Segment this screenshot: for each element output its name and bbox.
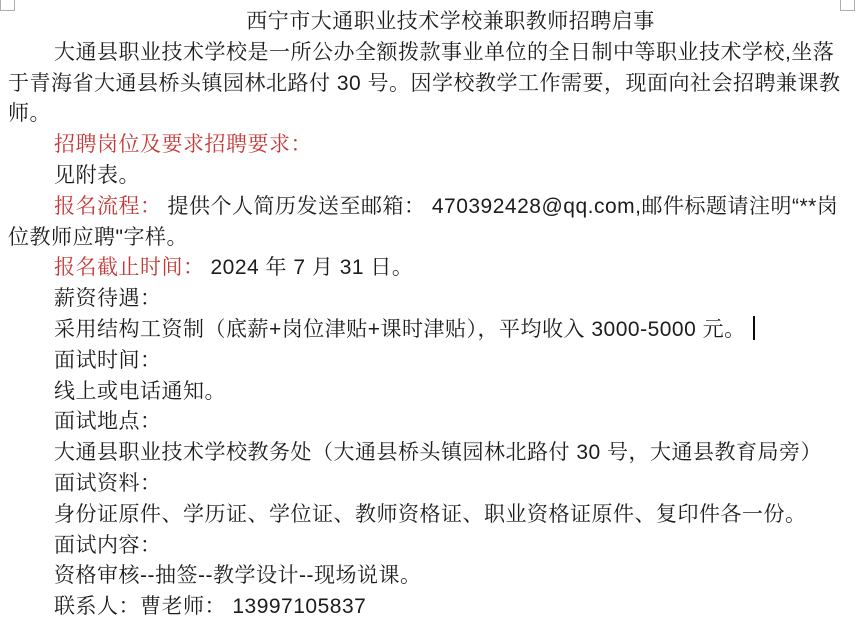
apply-process-label: 报名流程：: [54, 195, 162, 218]
text-boundary-mark-left: [0, 0, 15, 11]
see-attachment-line: 见附表。: [8, 161, 847, 192]
interview-place-heading: 面试地点：: [8, 407, 847, 438]
interview-time-text: 线上或电话通知。: [8, 377, 847, 408]
salary-heading: 薪资待遇：: [8, 284, 847, 315]
salary-detail-line: 采用结构工资制（底薪+岗位津贴+课时津贴），平均收入 3000-5000 元。: [8, 315, 847, 346]
interview-content-heading: 面试内容：: [8, 531, 847, 562]
document-title: 西宁市大通职业技术学校兼职教师招聘启事: [8, 7, 847, 38]
deadline-label: 报名截止时间：: [54, 256, 205, 279]
salary-detail-text: 采用结构工资制（底薪+岗位津贴+课时津贴），平均收入 3000-5000 元。: [54, 318, 746, 341]
recruit-positions-heading: 招聘岗位及要求招聘要求：: [8, 130, 847, 161]
deadline-text: 2024 年 7 月 31 日。: [211, 256, 414, 279]
interview-place-text: 大通县职业技术学校教务处（大通县桥头镇园林北路付 30 号，大通县教育局旁）: [8, 438, 847, 469]
document-page[interactable]: 西宁市大通职业技术学校兼职教师招聘启事 大通县职业技术学校是一所公办全额拨款事业…: [0, 0, 855, 628]
interview-materials-text: 身份证原件、学历证、学位证、教师资格证、职业资格证原件、复印件各一份。: [8, 500, 847, 531]
text-caret: [753, 316, 755, 340]
intro-paragraph: 大通县职业技术学校是一所公办全额拨款事业单位的全日制中等职业技术学校,坐落于青海…: [8, 38, 847, 130]
apply-process-line: 报名流程：提供个人简历发送至邮箱： 470392428@qq.com,邮件标题请…: [8, 192, 847, 254]
interview-content-text: 资格审核--抽签--教学设计--现场说课。: [8, 561, 847, 592]
text-boundary-mark-right: [840, 0, 855, 11]
interview-time-heading: 面试时间：: [8, 346, 847, 377]
recruit-positions-heading-text: 招聘岗位及要求招聘要求：: [54, 133, 312, 156]
deadline-line: 报名截止时间：2024 年 7 月 31 日。: [8, 253, 847, 284]
interview-materials-heading: 面试资料：: [8, 469, 847, 500]
contact-line: 联系人：曹老师： 13997105837: [8, 592, 847, 623]
